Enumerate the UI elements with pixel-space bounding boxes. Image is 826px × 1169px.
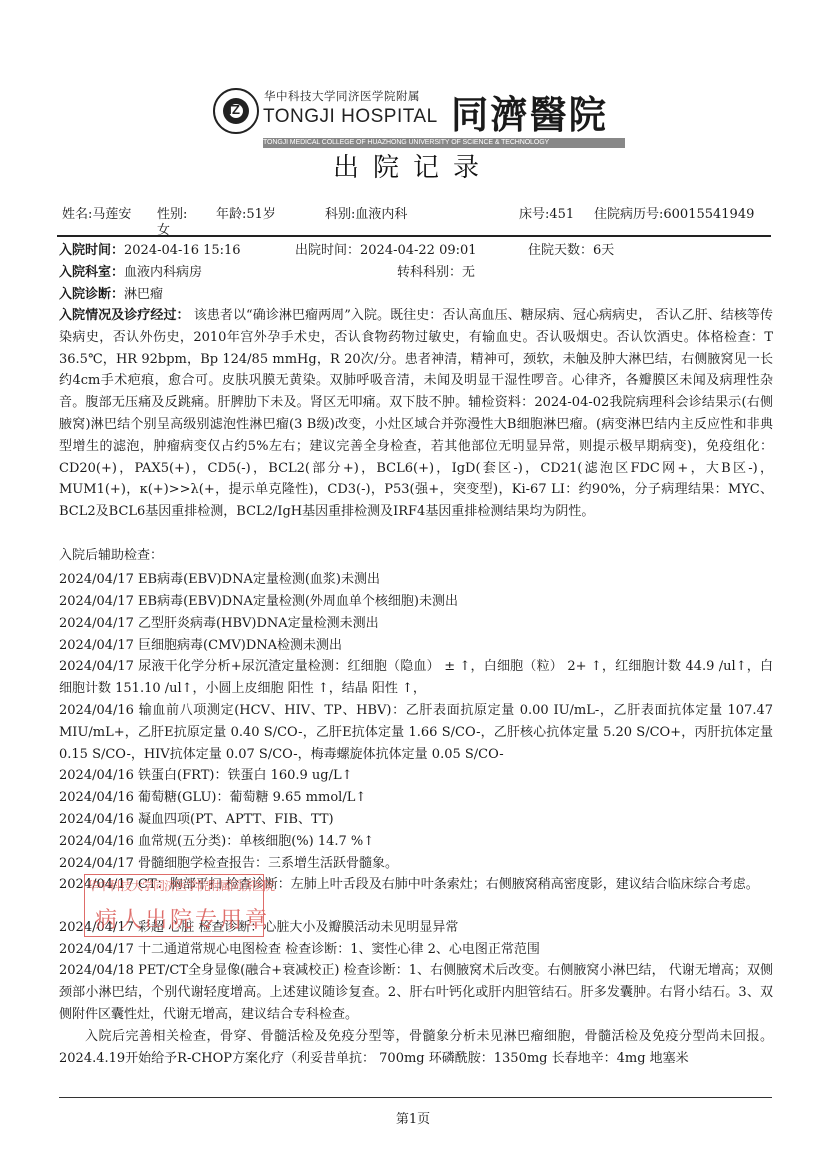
exam-item: 2024/04/16 凝血四项(PT、APTT、FIB、TT) bbox=[59, 811, 334, 829]
hospital-logo-icon: TZ bbox=[213, 88, 259, 134]
patient-record-no: 住院病历号:60015541949 bbox=[594, 203, 754, 222]
affiliation-text: 华中科技大学同济医学院附属 bbox=[264, 88, 420, 104]
course-text: 该患者以“确诊淋巴瘤两周”入院。既往史：否认高血压、糖尿病、冠心病病史， 否认乙… bbox=[59, 308, 773, 519]
diagnosis: 淋巴瘤 bbox=[124, 287, 163, 302]
header-divider bbox=[57, 235, 771, 237]
hospital-letterhead: TZ 华中科技大学同济医学院附属 TONGJI HOSPITAL 同濟醫院 TO… bbox=[213, 86, 613, 150]
patient-name: 姓名:马莲安 bbox=[62, 203, 131, 222]
aux-exams-heading: 入院后辅助检查： bbox=[59, 547, 163, 565]
exam-item: 2024/04/17 乙型肝炎病毒(HBV)DNA定量检测未测出 bbox=[59, 615, 379, 633]
admit-time: 2024-04-16 15:16 bbox=[124, 243, 241, 258]
footer-divider bbox=[59, 1097, 772, 1098]
stay-days: 住院天数：6天 bbox=[528, 242, 614, 260]
exam-item: 2024/04/17 EB病毒(EBV)DNA定量检测(外周血单个核细胞)未测出 bbox=[59, 593, 458, 611]
exam-item: 2024/04/17 巨细胞病毒(CMV)DNA检测未测出 bbox=[59, 637, 342, 655]
stamp-purpose: 病人出院专用章 bbox=[95, 903, 270, 934]
treatment-paragraph: 入院后完善相关检查，骨穿、骨髓活检及免疫分型等，骨髓象分析未见淋巴瘤细胞，骨髓活… bbox=[59, 1026, 773, 1070]
patient-age: 年龄:51岁 bbox=[216, 203, 276, 222]
diagnosis-row: 入院诊断：淋巴瘤 bbox=[59, 286, 163, 304]
admit-dept-row: 入院科室：血液内科病房 bbox=[59, 264, 202, 282]
admit-dept: 血液内科病房 bbox=[124, 265, 202, 280]
page-number: 第1页 bbox=[0, 1108, 826, 1127]
exam-item: 2024/04/16 铁蛋白(FRT)：铁蛋白 160.9 ug/L↑ bbox=[59, 767, 353, 785]
discharge-record-page: TZ 华中科技大学同济医学院附属 TONGJI HOSPITAL 同濟醫院 TO… bbox=[0, 0, 826, 1169]
stamp-institution: 华中科技大学同济医学院附属同济医院 bbox=[87, 877, 274, 894]
exam-item: 2024/04/16 输血前八项测定(HCV、HIV、TP、HBV)：乙肝表面抗… bbox=[59, 700, 773, 765]
hospital-name-en: TONGJI HOSPITAL bbox=[263, 106, 438, 128]
patient-department: 科别:血液内科 bbox=[325, 203, 407, 222]
exam-item: 2024/04/16 葡萄糖(GLU)：葡萄糖 9.65 mmol/L↑ bbox=[59, 789, 366, 807]
course-label: 入院情况及诊疗经过： bbox=[59, 308, 190, 323]
exam-item: 2024/04/16 血常规(五分类)：单核细胞(%) 14.7 %↑ bbox=[59, 833, 374, 851]
document-title: 出院记录 bbox=[0, 147, 826, 184]
exam-item: 2024/04/17 尿液干化学分析+尿沉渣定量检测：红细胞（隐血） ± ↑，白… bbox=[59, 656, 773, 700]
exam-item: 2024/04/17 骨髓细胞学检查报告：三系增生活跃骨髓象。 bbox=[59, 855, 398, 873]
hospital-seal-stamp: 华中科技大学同济医学院附属同济医院 病人出院专用章 bbox=[84, 874, 264, 937]
exam-item: 2024/04/17 EB病毒(EBV)DNA定量检测(血浆)未测出 bbox=[59, 571, 380, 589]
admit-time-row: 入院时间：2024-04-16 15:16 bbox=[59, 242, 241, 260]
patient-bed: 床号:451 bbox=[519, 203, 574, 222]
transfer-dept: 转科科别：无 bbox=[397, 264, 475, 282]
exam-item: 2024/04/18 PET/CT全身显像(融合+衰减校正) 检查诊断：1、右侧… bbox=[59, 960, 773, 1025]
hospital-name-cn: 同濟醫院 bbox=[451, 84, 608, 139]
exam-item: 2024/04/17 十二通道常规心电图检查 检查诊断：1、窦性心律 2、心电图… bbox=[59, 941, 540, 959]
discharge-time: 出院时间：2024-04-22 09:01 bbox=[295, 242, 477, 260]
course-paragraph: 入院情况及诊疗经过： 该患者以“确诊淋巴瘤两周”入院。既往史：否认高血压、糖尿病… bbox=[59, 305, 773, 523]
